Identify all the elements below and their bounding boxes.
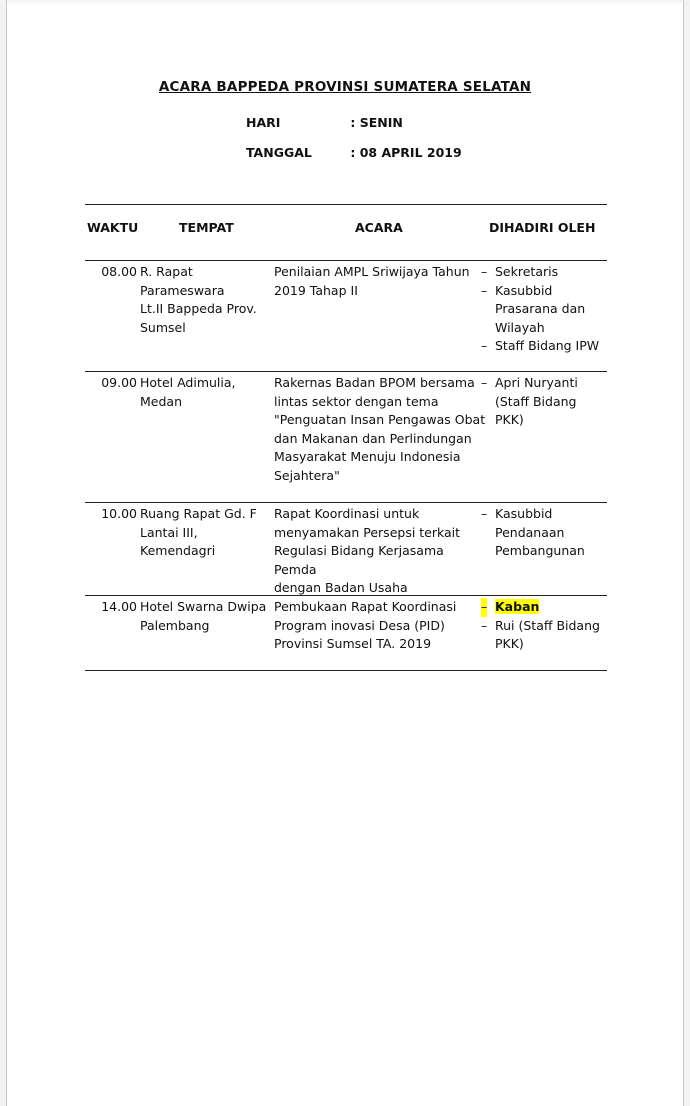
- dash-bullet: –: [481, 374, 487, 393]
- meta-hari: HARI : SENIN: [246, 115, 403, 130]
- tempat-line: Parameswara: [140, 282, 270, 301]
- attendee-line: Wilayah: [495, 319, 607, 338]
- attendee-line: (Staff Bidang: [495, 393, 607, 412]
- cell-acara: Pembukaan Rapat KoordinasiProgram inovas…: [274, 598, 486, 654]
- dash-bullet: –: [481, 282, 487, 301]
- acara-line: Program inovasi Desa (PID): [274, 617, 486, 636]
- tanggal-label: TANGGAL: [246, 145, 346, 160]
- tempat-line: Kemendagri: [140, 542, 270, 561]
- attendee-line: Apri Nuryanti: [495, 374, 607, 393]
- meta-tanggal: TANGGAL : 08 APRIL 2019: [246, 145, 462, 160]
- acara-line: Masyarakat Menuju Indonesia: [274, 448, 486, 467]
- attendee-line: Prasarana dan: [495, 300, 607, 319]
- highlighted-text: Kaban: [495, 599, 539, 614]
- attendee-line: Staff Bidang IPW: [495, 337, 607, 356]
- hari-value: : SENIN: [350, 115, 402, 130]
- dash-bullet: –: [481, 337, 487, 356]
- header-tempat: TEMPAT: [179, 220, 234, 235]
- dash-bullet: –: [481, 505, 487, 524]
- acara-line: Sejahtera": [274, 467, 486, 486]
- hari-label: HARI: [246, 115, 346, 130]
- acara-line: menyamakan Persepsi terkait: [274, 524, 486, 543]
- attendee-item: –Staff Bidang IPW: [481, 337, 607, 356]
- tempat-line: Lt.II Bappeda Prov.: [140, 300, 270, 319]
- cell-tempat: Ruang Rapat Gd. FLantai III,Kemendagri: [140, 505, 270, 561]
- acara-line: Pembukaan Rapat Koordinasi: [274, 598, 486, 617]
- cell-acara: Rapat Koordinasi untukmenyamakan Perseps…: [274, 505, 486, 598]
- tempat-line: R. Rapat: [140, 263, 270, 282]
- cell-tempat: Hotel Adimulia,Medan: [140, 374, 270, 411]
- acara-line: Penilaian AMPL Sriwijaya Tahun: [274, 263, 486, 282]
- tempat-line: Hotel Swarna Dwipa: [140, 598, 270, 617]
- table-row: 14.00Hotel Swarna DwipaPalembangPembukaa…: [85, 596, 607, 670]
- tempat-line: Sumsel: [140, 319, 270, 338]
- tempat-line: Medan: [140, 393, 270, 412]
- attendee-item: –Sekretaris: [481, 263, 607, 282]
- cell-dihadiri: –Sekretaris–KasubbidPrasarana danWilayah…: [481, 263, 607, 356]
- table-rule: [85, 670, 607, 671]
- tanggal-value: : 08 APRIL 2019: [350, 145, 461, 160]
- acara-line: dan Makanan dan Perlindungan: [274, 430, 486, 449]
- attendee-line: Kasubbid: [495, 282, 607, 301]
- table-body: 08.00R. RapatParameswaraLt.II Bappeda Pr…: [85, 261, 607, 671]
- attendee-line: Kasubbid: [495, 505, 607, 524]
- cell-tempat: Hotel Swarna DwipaPalembang: [140, 598, 270, 635]
- header-waktu: WAKTU: [87, 220, 138, 235]
- attendee-item: –KasubbidPendanaanPembangunan: [481, 505, 607, 561]
- cell-dihadiri: –Kaban–Rui (Staff BidangPKK): [481, 598, 607, 654]
- attendee-line: PKK): [495, 411, 607, 430]
- acara-line: Rakernas Badan BPOM bersama: [274, 374, 486, 393]
- header-dihadiri: DIHADIRI OLEH: [489, 220, 595, 235]
- cell-dihadiri: –KasubbidPendanaanPembangunan: [481, 505, 607, 561]
- acara-line: Provinsi Sumsel TA. 2019: [274, 635, 486, 654]
- cell-waktu: 08.00: [87, 263, 137, 282]
- table-row: 10.00Ruang Rapat Gd. FLantai III,Kemenda…: [85, 503, 607, 595]
- acara-line: Regulasi Bidang Kerjasama Pemda: [274, 542, 486, 579]
- cell-acara: Rakernas Badan BPOM bersamalintas sektor…: [274, 374, 486, 485]
- tempat-line: Ruang Rapat Gd. F: [140, 505, 270, 524]
- attendee-line: Kaban: [495, 598, 607, 617]
- header-acara: ACARA: [355, 220, 403, 235]
- table-row: 09.00Hotel Adimulia,MedanRakernas Badan …: [85, 372, 607, 502]
- acara-line: "Penguatan Insan Pengawas Obat: [274, 411, 486, 430]
- attendee-line: Sekretaris: [495, 263, 607, 282]
- attendee-item: –Kaban: [481, 598, 607, 617]
- attendee-item: –KasubbidPrasarana danWilayah: [481, 282, 607, 338]
- attendee-line: Pembangunan: [495, 542, 607, 561]
- acara-line: 2019 Tahap II: [274, 282, 486, 301]
- cell-waktu: 09.00: [87, 374, 137, 393]
- document-page: ACARA BAPPEDA PROVINSI SUMATERA SELATAN …: [6, 0, 684, 1106]
- schedule-table: WAKTU TEMPAT ACARA DIHADIRI OLEH 08.00R.…: [85, 204, 607, 671]
- cell-waktu: 10.00: [87, 505, 137, 524]
- document-title: ACARA BAPPEDA PROVINSI SUMATERA SELATAN: [7, 79, 683, 95]
- table-row: 08.00R. RapatParameswaraLt.II Bappeda Pr…: [85, 261, 607, 371]
- acara-line: lintas sektor dengan tema: [274, 393, 486, 412]
- attendee-line: Pendanaan: [495, 524, 607, 543]
- cell-dihadiri: –Apri Nuryanti(Staff BidangPKK): [481, 374, 607, 430]
- cell-waktu: 14.00: [87, 598, 137, 617]
- tempat-line: Palembang: [140, 617, 270, 636]
- cell-tempat: R. RapatParameswaraLt.II Bappeda Prov.Su…: [140, 263, 270, 337]
- dash-bullet: –: [481, 617, 487, 636]
- attendee-line: PKK): [495, 635, 607, 654]
- attendee-item: –Rui (Staff BidangPKK): [481, 617, 607, 654]
- cell-acara: Penilaian AMPL Sriwijaya Tahun2019 Tahap…: [274, 263, 486, 300]
- acara-line: dengan Badan Usaha: [274, 579, 486, 598]
- tempat-line: Lantai III,: [140, 524, 270, 543]
- tempat-line: Hotel Adimulia,: [140, 374, 270, 393]
- acara-line: Rapat Koordinasi untuk: [274, 505, 486, 524]
- table-header: WAKTU TEMPAT ACARA DIHADIRI OLEH: [85, 205, 607, 260]
- dash-bullet: –: [481, 598, 487, 617]
- dash-bullet: –: [481, 263, 487, 282]
- attendee-line: Rui (Staff Bidang: [495, 617, 607, 636]
- attendee-item: –Apri Nuryanti(Staff BidangPKK): [481, 374, 607, 430]
